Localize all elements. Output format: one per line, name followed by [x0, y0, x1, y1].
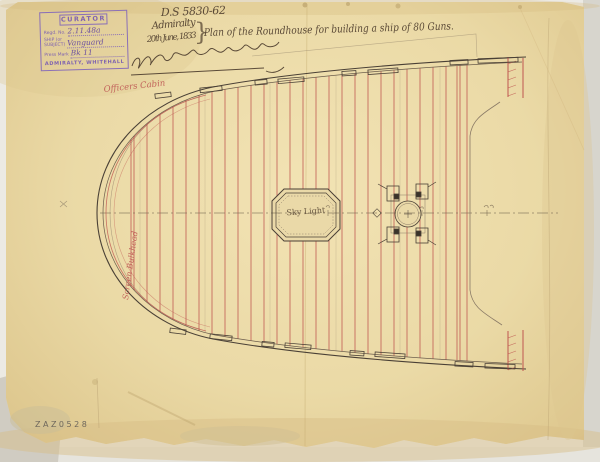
stamp-field-value: 2.11.48a: [67, 26, 123, 37]
catalogue-number: ZAZ0528: [35, 420, 89, 429]
curator-stamp: CURATOR Regd. No. 2.11.48a SHIP (or SUBJ…: [39, 10, 129, 71]
stamp-field-value: Bk 11: [71, 48, 125, 58]
stamp-field-label: Press Mark: [44, 53, 69, 59]
stamp-title: CURATOR: [59, 13, 107, 25]
stamp-footer: ADMIRALTY, WHITEHALL: [45, 59, 125, 67]
plan-title: Plan of the Roundhouse for building a sh…: [203, 20, 454, 39]
stamp-field-label: Regd. No.: [44, 31, 66, 37]
stamp-field-value: Vanguard: [67, 38, 124, 49]
stamp-field-label: SHIP (or SUBJECT): [44, 37, 65, 49]
bow-bulkhead-label: Screen Bulkhead: [121, 231, 140, 301]
scanned-plan-page: Sky Light D.S 5830-62 Admiralty 20th Jun…: [0, 0, 600, 462]
